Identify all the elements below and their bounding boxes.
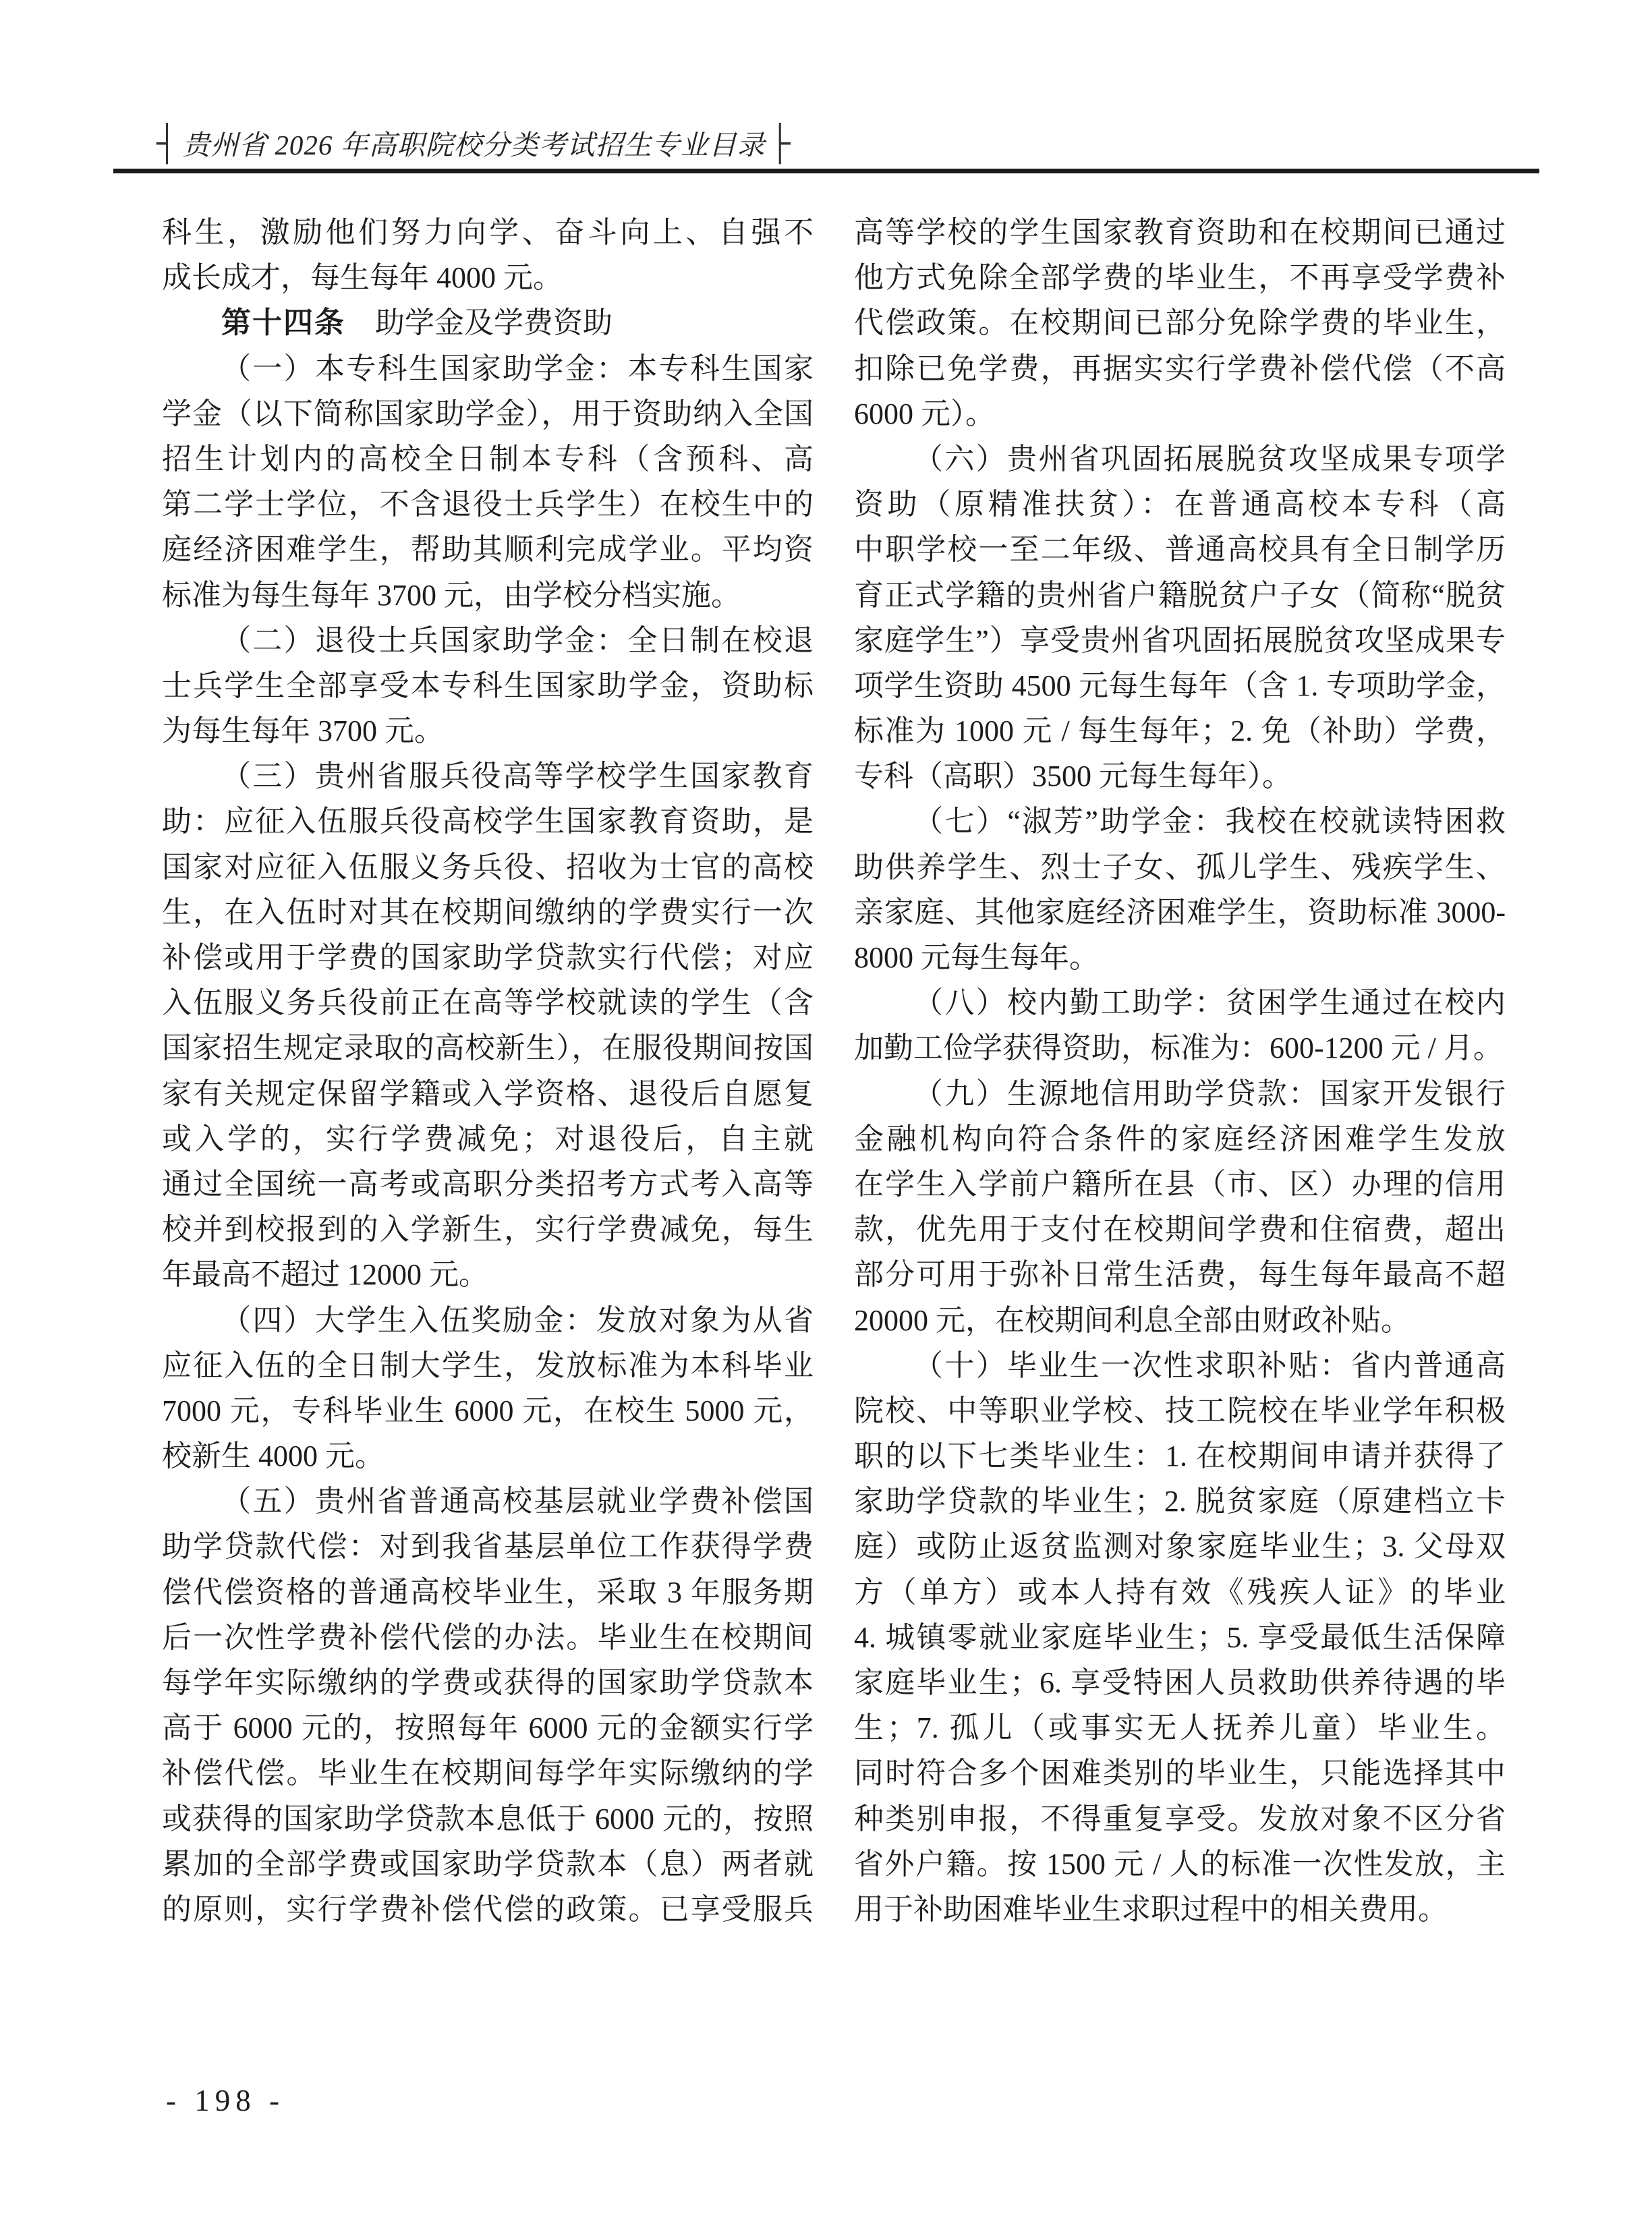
text-line: 生，在入伍时对其在校期间缴纳的学费实行一次性 — [162, 890, 814, 935]
text-line: 或入学的，实行学费减免；对退役后，自主就业， — [162, 1116, 814, 1162]
text-line: （五）贵州省普通高校基层就业学费补偿国家 — [162, 1479, 814, 1524]
text-line: （十）毕业生一次性求职补贴：省内普通高等 — [854, 1343, 1506, 1388]
text-line: 累加的全部学费或国家助学贷款本（息）两者就高 — [162, 1842, 814, 1887]
text-line: 院校、中等职业学校、技工院校在毕业学年积极求 — [854, 1388, 1506, 1433]
text-line: 偿代偿资格的普通高校毕业生，采取 3 年服务期满 — [162, 1570, 814, 1615]
text-line: 国家对应征入伍服义务兵役、招收为士官的高校学 — [162, 845, 814, 890]
running-title: 贵州省 2026 年高职院校分类考试招生专业目录 — [182, 123, 766, 163]
text-line: 方（单方）或本人持有效《残疾人证》的毕业生； — [854, 1570, 1506, 1615]
text-line: 种类别申报，不得重复享受。发放对象不区分省内、 — [854, 1796, 1506, 1842]
text-line: 中职学校一至二年级、普通高校具有全日制学历教 — [854, 527, 1506, 572]
text-line: 省外户籍。按 1500 元 / 人的标准一次性发放，主要 — [854, 1842, 1506, 1887]
text-line: 加勤工俭学获得资助，标准为：600-1200 元 / 月。 — [854, 1025, 1506, 1071]
text-line: 招生计划内的高校全日制本专科（含预科、高职、 — [162, 436, 814, 482]
text-line: 8000 元每生每年。 — [854, 935, 1506, 980]
header-rule — [113, 169, 1539, 173]
text-line: （六）贵州省巩固拓展脱贫攻坚成果专项学生 — [854, 436, 1506, 482]
text-line: 标准为 1000 元 / 每生每年；2. 免（补助）学费， — [854, 708, 1506, 753]
text-line: （七）“淑芳”助学金：我校在校就读特困救 — [854, 799, 1506, 844]
text-line: 的原则，实行学费补偿代偿的政策。已享受服兵役 — [162, 1887, 814, 1932]
header-left-tick-icon: ┤ — [156, 123, 178, 163]
text-line: 助学贷款代偿：对到我省基层单位工作获得学费补 — [162, 1524, 814, 1569]
text-line: 用于补助困难毕业生求职过程中的相关费用。 — [854, 1887, 1506, 1932]
right-column: 高等学校的学生国家教育资助和在校期间已通过其他方式免除全部学费的毕业生，不再享受… — [854, 210, 1506, 1932]
text-line: 6000 元）。 — [854, 391, 1506, 436]
text-line: 入伍服义务兵役前正在高等学校就读的学生（含按 — [162, 980, 814, 1025]
text-line: 标准为每生每年 3700 元，由学校分档实施。 — [162, 573, 814, 618]
text-line: 资助（原精准扶贫）：在普通高校本专科（高职）、 — [854, 482, 1506, 527]
text-line: 第二学士学位，不含退役士兵学生）在校生中的家 — [162, 482, 814, 527]
text-line: 扣除已免学费，再据实实行学费补偿代偿（不高于 — [854, 346, 1506, 391]
text-line: 庭）或防止返贫监测对象家庭毕业生；3. 父母双 — [854, 1524, 1506, 1569]
text-line: 每学年实际缴纳的学费或获得的国家助学贷款本息 — [162, 1660, 814, 1705]
text-line: 7000 元，专科毕业生 6000 元，在校生 5000 元，高 — [162, 1388, 814, 1433]
text-line: 家有关规定保留学籍或入学资格、退役后自愿复学 — [162, 1071, 814, 1116]
text-line: （八）校内勤工助学：贫困学生通过在校内参 — [854, 980, 1506, 1025]
text-line: 4. 城镇零就业家庭毕业生；5. 享受最低生活保障 — [854, 1615, 1506, 1660]
text-line: 专科（高职）3500 元每生每年）。 — [854, 753, 1506, 799]
text-line: 高等学校的学生国家教育资助和在校期间已通过其 — [854, 210, 1506, 255]
text-line: 或获得的国家助学贷款本息低于 6000 元的，按照 — [162, 1796, 814, 1842]
text-line: 校新生 4000 元。 — [162, 1433, 814, 1479]
text-line: （二）退役士兵国家助学金：全日制在校退役 — [162, 618, 814, 663]
text-line: 家助学贷款的毕业生；2. 脱贫家庭（原建档立卡家 — [854, 1479, 1506, 1524]
text-line: 助：应征入伍服兵役高校学生国家教育资助，是指 — [162, 799, 814, 844]
page-number: - 198 - — [166, 2083, 285, 2118]
text-line: 育正式学籍的贵州省户籍脱贫户子女（简称“脱贫 — [854, 573, 1506, 618]
header-right-tick-icon: ├ — [770, 123, 791, 163]
article-heading-number: 第十四条 — [221, 306, 345, 339]
text-line: 职的以下七类毕业生：1. 在校期间申请并获得了国 — [854, 1433, 1506, 1479]
text-line: 补偿代偿。毕业生在校期间每学年实际缴纳的学费 — [162, 1750, 814, 1796]
text-line: （九）生源地信用助学贷款：国家开发银行等 — [854, 1071, 1506, 1116]
text-line: 补偿或用于学费的国家助学贷款实行代偿；对应征 — [162, 935, 814, 980]
text-line: 他方式免除全部学费的毕业生，不再享受学费补偿 — [854, 255, 1506, 300]
text-line: 金融机构向符合条件的家庭经济困难学生发放的、 — [854, 1116, 1506, 1162]
text-line: 高于 6000 元的，按照每年 6000 元的金额实行学费 — [162, 1705, 814, 1750]
text-line: 成长成才，每生每年 4000 元。 — [162, 255, 814, 300]
text-line: 款，优先用于支付在校期间学费和住宿费，超出 — [854, 1207, 1506, 1252]
text-line: 通过全国统一高考或高职分类招考方式考入高等学 — [162, 1162, 814, 1207]
text-line: 项学生资助 4500 元每生每年（含 1. 专项助学金， — [854, 663, 1506, 708]
text-line: 家庭学生”）享受贵州省巩固拓展脱贫攻坚成果专 — [854, 618, 1506, 663]
text-line: 在学生入学前户籍所在县（市、区）办理的信用贷 — [854, 1162, 1506, 1207]
text-line: 庭经济困难学生，帮助其顺利完成学业。平均资助 — [162, 527, 814, 572]
text-line: 代偿政策。在校期间已部分免除学费的毕业生，应 — [854, 300, 1506, 345]
document-page: ┤ 贵州省 2026 年高职院校分类考试招生专业目录 ├ 科生，激励他们努力向学… — [0, 0, 1652, 2226]
text-line: 后一次性学费补偿代偿的办法。毕业生在校期间 — [162, 1615, 814, 1660]
running-header: ┤ 贵州省 2026 年高职院校分类考试招生专业目录 ├ — [156, 121, 791, 163]
text-line: （四）大学生入伍奖励金：发放对象为从省内 — [162, 1298, 814, 1343]
text-line: 助供养学生、烈士子女、孤儿学生、残疾学生、单 — [854, 845, 1506, 890]
text-line: （三）贵州省服兵役高等学校学生国家教育资 — [162, 753, 814, 799]
text-line: 校并到校报到的入学新生，实行学费减免，每生每 — [162, 1207, 814, 1252]
text-line: 国家招生规定录取的高校新生），在服役期间按国 — [162, 1025, 814, 1071]
text-line: 亲家庭、其他家庭经济困难学生，资助标准 3000- — [854, 890, 1506, 935]
text-line: 士兵学生全部享受本专科生国家助学金，资助标准 — [162, 663, 814, 708]
text-line: 年最高不超过 12000 元。 — [162, 1252, 814, 1297]
text-line: 第十四条 助学金及学费资助 — [162, 300, 814, 345]
text-line: 20000 元，在校期间利息全部由财政补贴。 — [854, 1298, 1506, 1343]
page-body: 科生，激励他们努力向学、奋斗向上、自强不息、成长成才，每生每年 4000 元。第… — [162, 210, 1506, 1932]
text-line: 科生，激励他们努力向学、奋斗向上、自强不息、 — [162, 210, 814, 255]
left-column: 科生，激励他们努力向学、奋斗向上、自强不息、成长成才，每生每年 4000 元。第… — [162, 210, 814, 1932]
text-line: 生；7. 孤儿（或事实无人抚养儿童）毕业生。注： — [854, 1705, 1506, 1750]
text-line: 家庭毕业生；6. 享受特困人员救助供养待遇的毕业 — [854, 1660, 1506, 1705]
text-line: 为每生每年 3700 元。 — [162, 708, 814, 753]
text-line: 应征入伍的全日制大学生，发放标准为本科毕业生 — [162, 1343, 814, 1388]
text-line: 同时符合多个困难类别的毕业生，只能选择其中一 — [854, 1750, 1506, 1796]
text-line: 学金（以下简称国家助学金），用于资助纳入全国 — [162, 391, 814, 436]
text-line: （一）本专科生国家助学金：本专科生国家助 — [162, 346, 814, 391]
text-line: 部分可用于弥补日常生活费，每生每年最高不超过 — [854, 1252, 1506, 1297]
